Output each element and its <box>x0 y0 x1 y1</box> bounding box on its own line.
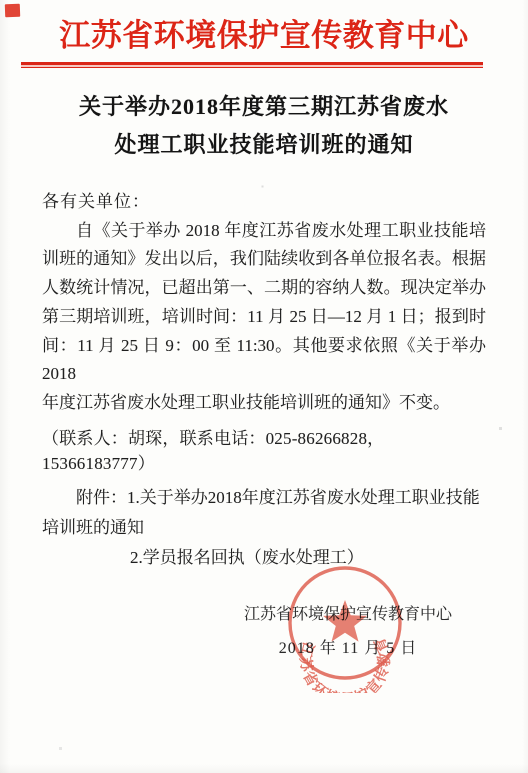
letterhead-org-name: 江苏省环境保护宣传教育中心 <box>0 10 528 55</box>
scanned-notice-page: 江苏省环境保护宣传教育中心 关于举办2018年度第三期江苏省废水 处理工职业技能… <box>0 0 528 773</box>
body-line: 第三期培训班，培训时间：11 月 25 日—12 月 1 日；报到时 <box>42 303 486 332</box>
contact-info: （联系人：胡琛，联系电话：025-86266828，15366183777） <box>42 424 486 474</box>
body-line: 间：11 月 25 日 9：00 至 11:30。其他要求依照《关于举办 201… <box>42 332 486 389</box>
attachment-item-2: 2.学员报名回执（废水处理工） <box>42 543 486 573</box>
seal-star <box>323 600 367 642</box>
letterhead-rule <box>21 62 483 68</box>
attachment-item-1-line2: 培训班的通知 <box>42 513 486 543</box>
attachments-section: 附件：1.关于举办2018年度江苏省废水处理工职业技能 培训班的通知 2.学员报… <box>42 483 486 572</box>
body-line: 人数统计情况，已超出第一、二期的容纳人数。现决定举办 <box>42 274 486 303</box>
salutation: 各有关单位： <box>42 188 486 217</box>
attachment-item-1-line1: 附件：1.关于举办2018年度江苏省废水处理工职业技能 <box>42 483 486 513</box>
official-red-seal: 江苏省环境保护宣传教育中心 <box>275 553 415 693</box>
notice-body: 各有关单位： 自《关于举办 2018 年度江苏省废水处理工职业技能培 训班的通知… <box>42 188 486 418</box>
body-line: 年度江苏省废水处理工职业技能培训班的通知》不变。 <box>42 389 486 418</box>
scan-noise-specks <box>0 0 1 1</box>
document-title-line1: 关于举办2018年度第三期江苏省废水 <box>0 88 528 126</box>
document-title: 关于举办2018年度第三期江苏省废水 处理工职业技能培训班的通知 <box>0 88 528 164</box>
body-line: 自《关于举办 2018 年度江苏省废水处理工职业技能培 <box>42 217 486 246</box>
document-title-line2: 处理工职业技能培训班的通知 <box>0 126 528 164</box>
body-line: 训班的通知》发出以后，我们陆续收到各单位报名表。根据 <box>42 245 486 274</box>
